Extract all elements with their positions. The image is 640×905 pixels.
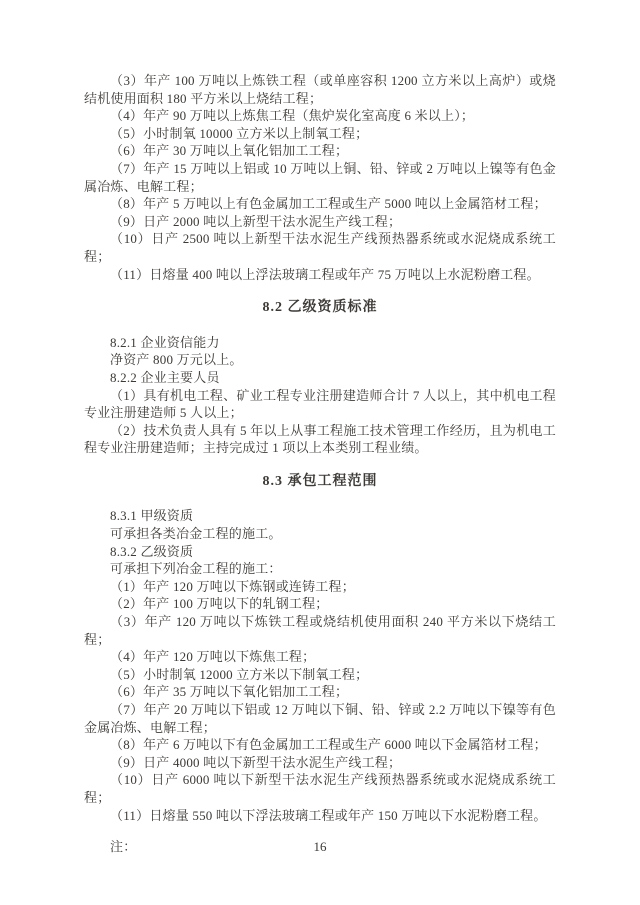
paragraph: 8.2.1 企业资信能力 [84,334,556,352]
paragraph: 8.3.2 乙级资质 [84,543,556,561]
paragraph: （5）小时制氧 10000 立方米以上制氧工程； [84,125,556,143]
paragraph: （11）日熔量 400 吨以上浮法玻璃工程或年产 75 万吨以上水泥粉磨工程。 [84,266,556,284]
paragraph: （2）年产 100 万吨以下的轧钢工程； [84,595,556,613]
paragraph: （7）年产 20 万吨以下铝或 12 万吨以下铜、铅、锌或 2.2 万吨以下镍等… [84,701,556,736]
paragraph: 净资产 800 万元以上。 [84,351,556,369]
paragraph: （8）年产 5 万吨以上有色金属加工工程或生产 5000 吨以上金属箔材工程； [84,195,556,213]
paragraph: （4）年产 90 万吨以上炼焦工程（焦炉炭化室高度 6 米以上）； [84,107,556,125]
paragraph: （10）日产 2500 吨以上新型干法水泥生产线预热器系统或水泥烧成系统工程； [84,230,556,265]
document-body: （3）年产 100 万吨以上炼铁工程（或单座容积 1200 立方米以上高炉）或烧… [84,72,556,856]
paragraph: 可承担下列冶金工程的施工： [84,560,556,578]
paragraph: 可承担各类冶金工程的施工。 [84,525,556,543]
paragraph: （4）年产 120 万吨以下炼焦工程； [84,648,556,666]
paragraph: （10）日产 6000 吨以下新型干法水泥生产线预热器系统或水泥烧成系统工程； [84,771,556,806]
paragraph: 8.2.2 企业主要人员 [84,369,556,387]
paragraph: （1）年产 120 万吨以下炼钢或连铸工程； [84,578,556,596]
paragraph: （9）日产 2000 吨以上新型干法水泥生产线工程； [84,213,556,231]
paragraph: （3）年产 120 万吨以下炼铁工程或烧结机使用面积 240 平方米以下烧结工程… [84,613,556,648]
paragraph: （2）技术负责人具有 5 年以上从事工程施工技术管理工作经历，且为机电工程专业注… [84,422,556,457]
paragraph: （6）年产 30 万吨以上氧化铝加工工程； [84,142,556,160]
paragraph: （8）年产 6 万吨以下有色金属加工工程或生产 6000 吨以下金属箔材工程； [84,736,556,754]
document-page: （3）年产 100 万吨以上炼铁工程（或单座容积 1200 立方米以上高炉）或烧… [0,0,640,905]
section-heading: 8.3 承包工程范围 [84,473,556,491]
section-heading: 8.2 乙级资质标准 [84,299,556,317]
paragraph: （6）年产 35 万吨以下氧化铝加工工程； [84,683,556,701]
paragraph: （11）日熔量 550 吨以下浮法玻璃工程或年产 150 万吨以下水泥粉磨工程。 [84,807,556,825]
paragraph: （9）日产 4000 吨以下新型干法水泥生产线工程； [84,754,556,772]
paragraph: （1）具有机电工程、矿业工程专业注册建造师合计 7 人以上，其中机电工程专业注册… [84,387,556,422]
paragraph: （5）小时制氧 12000 立方米以下制氧工程； [84,666,556,684]
paragraph: 8.3.1 甲级资质 [84,507,556,525]
page-number: 16 [0,839,640,855]
paragraph: （7）年产 15 万吨以上铝或 10 万吨以上铜、铅、锌或 2 万吨以上镍等有色… [84,160,556,195]
paragraph: （3）年产 100 万吨以上炼铁工程（或单座容积 1200 立方米以上高炉）或烧… [84,72,556,107]
